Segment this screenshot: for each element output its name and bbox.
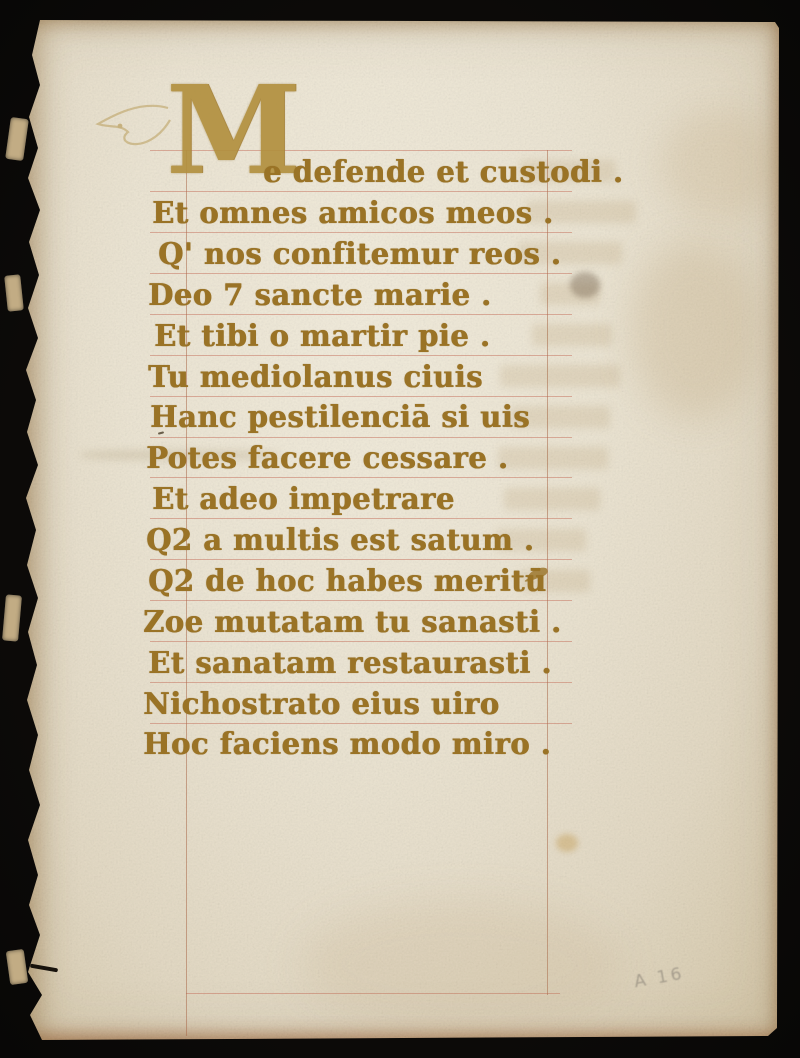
- ruling-line-horizontal: [150, 723, 572, 724]
- show-through-text: [532, 324, 612, 346]
- stain: [556, 834, 578, 852]
- show-through-text: [504, 488, 600, 510]
- ruling-line-horizontal: [150, 437, 572, 438]
- show-through-text: [540, 283, 600, 305]
- pencil-note: A 16: [633, 964, 686, 992]
- binding-tab: [6, 949, 29, 985]
- ruling-line-horizontal: [150, 477, 572, 478]
- ruling-line-horizontal: [150, 641, 572, 642]
- manuscript-line: Hoc faciens modo miro .: [143, 726, 551, 761]
- manuscript-line: Hanc pestilenciā si uis: [150, 399, 530, 434]
- binding-tab: [2, 594, 22, 641]
- manuscript-line: Potes facere cessare .: [146, 440, 508, 475]
- ruling-line-bottom: [186, 993, 560, 994]
- manuscript-line: Et adeo impetrare: [152, 481, 455, 516]
- ruling-line-horizontal: [150, 682, 572, 683]
- stain: [660, 110, 780, 220]
- stain: [300, 900, 620, 1030]
- binding-tab: [4, 274, 24, 311]
- show-through-text: [500, 365, 620, 387]
- ruling-line-horizontal: [150, 518, 572, 519]
- ruling-line-horizontal: [150, 314, 572, 315]
- manuscript-line: Q2 a multis est satum .: [146, 522, 534, 557]
- manuscript-line: Nichostrato eius uiro: [143, 686, 499, 721]
- manuscript-line: Zoe mutatam tu sanasti .: [143, 604, 561, 639]
- ruling-line-horizontal: [150, 355, 572, 356]
- manuscript-line: Q' nos confitemur reos .: [158, 236, 561, 271]
- manuscript-line: Et omnes amicos meos .: [152, 195, 554, 230]
- show-through-text: [498, 447, 608, 469]
- ruling-line-horizontal: [150, 273, 572, 274]
- manuscript-line: Q2 de hoc habes meritū: [148, 563, 546, 598]
- manuscript-line: e defende et custodi .: [263, 154, 623, 189]
- manuscript-line: Tu mediolanus ciuis: [148, 359, 483, 394]
- binding-tab: [5, 117, 29, 161]
- ruling-line-horizontal: [150, 396, 572, 397]
- manuscript-line: Et sanatam restaurasti .: [148, 645, 552, 680]
- edge-slit: [30, 964, 58, 973]
- illuminated-initial: M: [166, 60, 276, 200]
- ruling-line-horizontal: [150, 232, 572, 233]
- photo-frame: M e defende et custodi . Et omnes amicos…: [0, 0, 800, 1058]
- ruling-line-horizontal: [150, 600, 572, 601]
- ruling-line-horizontal: [150, 559, 572, 560]
- stain: [630, 240, 760, 420]
- manuscript-line: Et tibi o martir pie .: [154, 318, 490, 353]
- manuscript-leaf: M e defende et custodi . Et omnes amicos…: [20, 20, 779, 1040]
- manuscript-line: Deo 7 sancte marie .: [148, 277, 492, 312]
